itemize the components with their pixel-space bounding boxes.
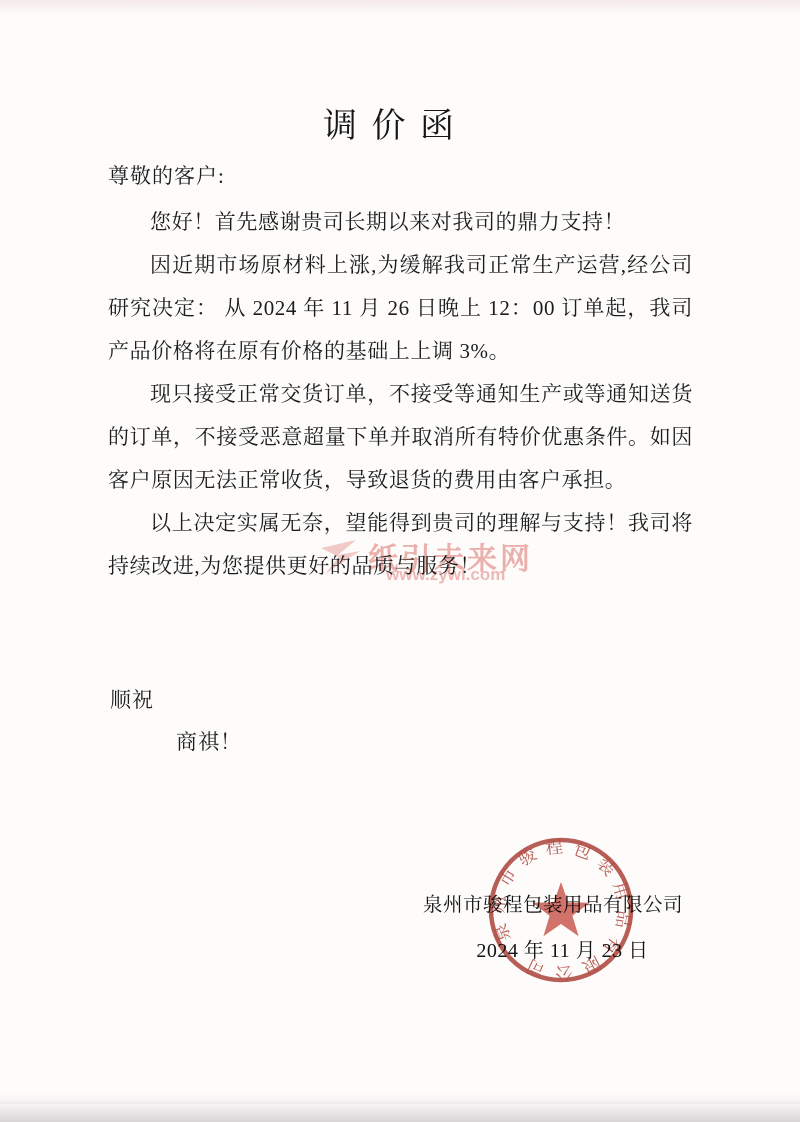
paragraph-greeting: 您好！首先感谢贵司长期以来对我司的鼎力支持！ bbox=[108, 201, 693, 244]
seal-star-icon bbox=[533, 882, 590, 936]
letter-page: 调 价 函 尊敬的客户: 您好！首先感谢贵司长期以来对我司的鼎力支持！ 因近期市… bbox=[0, 0, 800, 1122]
letter-body: 您好！首先感谢贵司长期以来对我司的鼎力支持！ 因近期市场原材料上涨,为缓解我司正… bbox=[108, 201, 693, 588]
salutation: 尊敬的客户: bbox=[108, 160, 225, 190]
company-seal-stamp: 泉州市骏程包装用品有限公司 bbox=[483, 832, 639, 988]
scan-noise-bottom bbox=[0, 1100, 800, 1122]
letter-title: 调 价 函 bbox=[0, 98, 780, 147]
closing-blessing: 顺祝 bbox=[110, 684, 154, 714]
paragraph-apology: 以上决定实属无奈，望能得到贵司的理解与支持！我司将持续改进,为您提供更好的品质与… bbox=[108, 502, 693, 588]
paragraph-order-policy: 现只接受正常交货订单，不接受等通知生产或等通知送货的订单，不接受恶意超量下单并取… bbox=[108, 373, 693, 502]
paragraph-price-adjustment: 因近期市场原材料上涨,为缓解我司正常生产运营,经公司研究决定： 从 2024 年… bbox=[108, 244, 693, 373]
closing-salute: 商祺！ bbox=[176, 726, 242, 756]
scan-noise-top bbox=[0, 0, 800, 16]
